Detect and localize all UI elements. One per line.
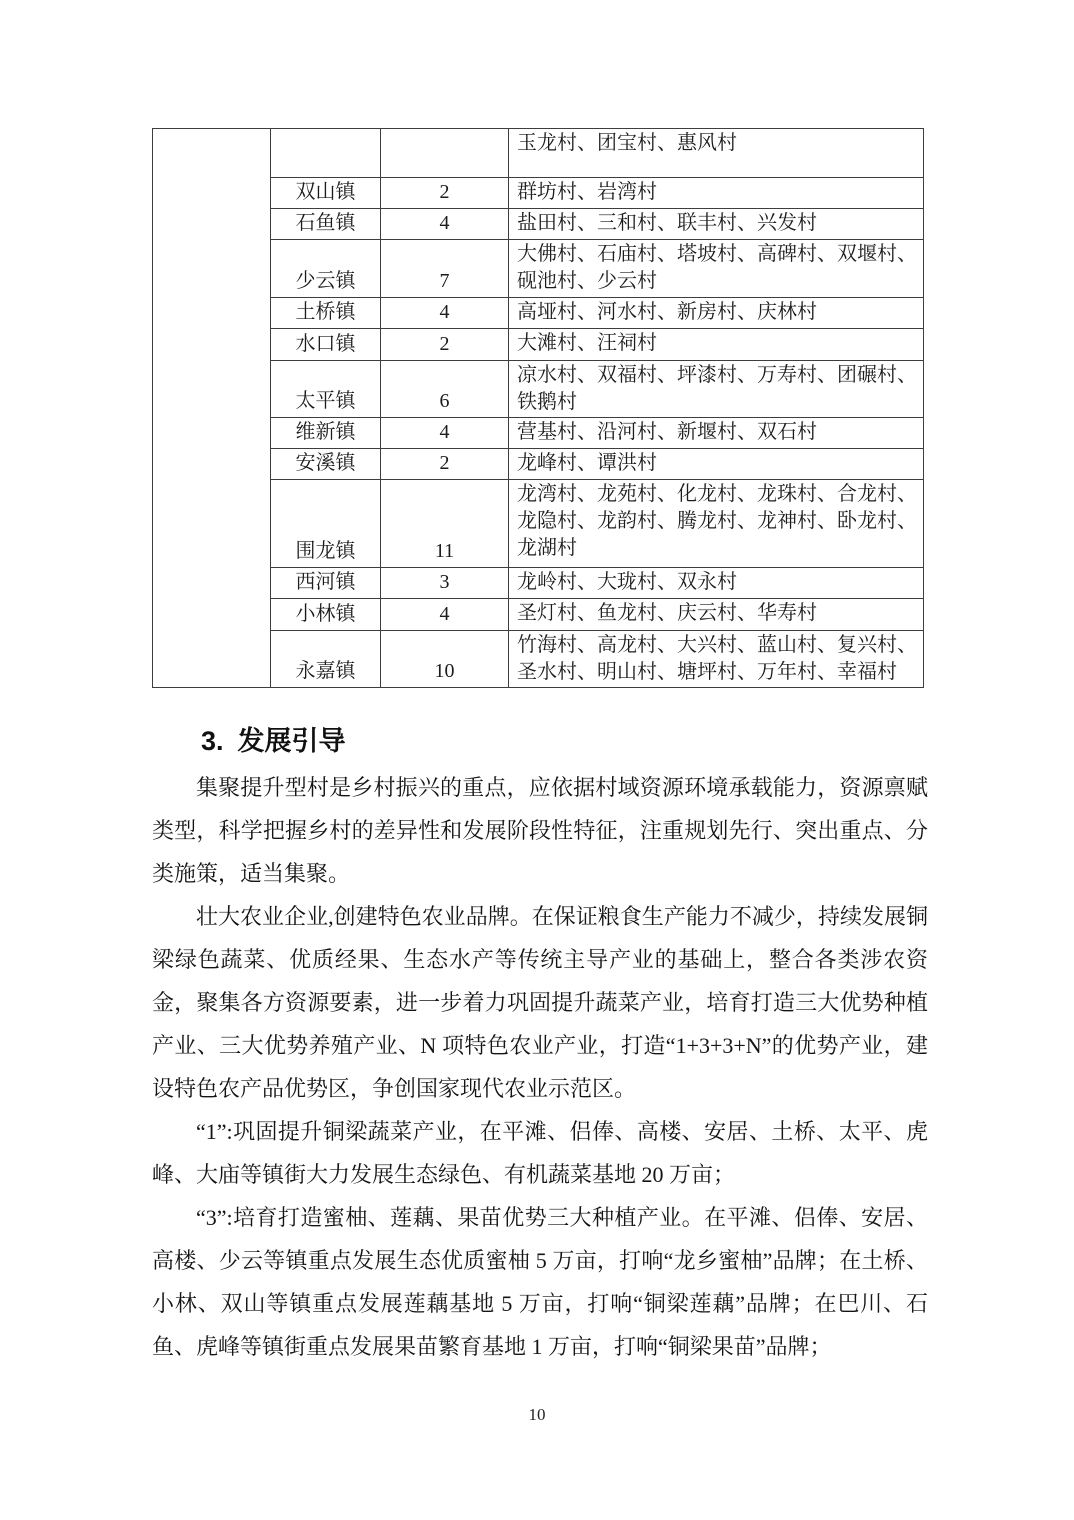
count-cell: 4 bbox=[381, 209, 509, 240]
section-number: 3. bbox=[201, 723, 224, 759]
table-row: 玉龙村、团宝村、惠风村 bbox=[153, 129, 924, 178]
town-cell: 安溪镇 bbox=[271, 449, 381, 480]
town-cell: 西河镇 bbox=[271, 568, 381, 599]
villages-cell: 凉水村、双福村、坪漆村、万寿村、团碾村、铁鹅村 bbox=[509, 361, 924, 418]
villages-cell: 玉龙村、团宝村、惠风村 bbox=[509, 129, 924, 178]
paragraph-item-3: “3”:培育打造蜜柚、莲藕、果苗优势三大种植产业。在平滩、侣俸、安居、高楼、少云… bbox=[152, 1196, 928, 1368]
count-cell: 4 bbox=[381, 599, 509, 631]
count-cell bbox=[381, 129, 509, 178]
count-cell: 11 bbox=[381, 480, 509, 568]
villages-cell: 高垭村、河水村、新房村、庆林村 bbox=[509, 298, 924, 329]
villages-cell: 盐田村、三和村、联丰村、兴发村 bbox=[509, 209, 924, 240]
town-cell: 小林镇 bbox=[271, 599, 381, 631]
villages-cell: 营基村、沿河村、新堰村、双石村 bbox=[509, 418, 924, 449]
villages-cell: 龙湾村、龙苑村、化龙村、龙珠村、合龙村、龙隐村、龙韵村、腾龙村、龙神村、卧龙村、… bbox=[509, 480, 924, 568]
section-title: 发展引导 bbox=[238, 726, 346, 756]
town-cell: 围龙镇 bbox=[271, 480, 381, 568]
section-heading: 3.发展引导 bbox=[152, 723, 928, 759]
villages-cell: 大滩村、汪祠村 bbox=[509, 329, 924, 361]
category-cell bbox=[153, 129, 271, 688]
count-cell: 4 bbox=[381, 298, 509, 329]
count-cell: 7 bbox=[381, 240, 509, 298]
town-cell: 土桥镇 bbox=[271, 298, 381, 329]
page-number: 10 bbox=[0, 1403, 1074, 1427]
villages-cell: 圣灯村、鱼龙村、庆云村、华寿村 bbox=[509, 599, 924, 631]
body-text: 集聚提升型村是乡村振兴的重点，应依据村域资源环境承载能力，资源禀赋类型，科学把握… bbox=[152, 766, 928, 1368]
document-page: 玉龙村、团宝村、惠风村双山镇2群坊村、岩湾村石鱼镇4盐田村、三和村、联丰村、兴发… bbox=[0, 0, 1074, 1520]
town-cell: 少云镇 bbox=[271, 240, 381, 298]
villages-cell: 龙岭村、大珑村、双永村 bbox=[509, 568, 924, 599]
paragraph-item-1: “1”:巩固提升铜梁蔬菜产业，在平滩、侣俸、高楼、安居、土桥、太平、虎峰、大庙等… bbox=[152, 1110, 928, 1196]
town-cell: 双山镇 bbox=[271, 178, 381, 209]
town-cell bbox=[271, 129, 381, 178]
town-cell: 水口镇 bbox=[271, 329, 381, 361]
town-cell: 太平镇 bbox=[271, 361, 381, 418]
villages-table-body: 玉龙村、团宝村、惠风村双山镇2群坊村、岩湾村石鱼镇4盐田村、三和村、联丰村、兴发… bbox=[153, 129, 924, 688]
count-cell: 2 bbox=[381, 178, 509, 209]
paragraph-agriculture: 壮大农业企业,创建特色农业品牌。在保证粮食生产能力不减少，持续发展铜梁绿色蔬菜、… bbox=[152, 895, 928, 1110]
count-cell: 6 bbox=[381, 361, 509, 418]
town-cell: 石鱼镇 bbox=[271, 209, 381, 240]
villages-table: 玉龙村、团宝村、惠风村双山镇2群坊村、岩湾村石鱼镇4盐田村、三和村、联丰村、兴发… bbox=[152, 128, 924, 688]
count-cell: 2 bbox=[381, 449, 509, 480]
count-cell: 4 bbox=[381, 418, 509, 449]
villages-cell: 群坊村、岩湾村 bbox=[509, 178, 924, 209]
count-cell: 2 bbox=[381, 329, 509, 361]
villages-cell: 大佛村、石庙村、塔坡村、高碑村、双堰村、砚池村、少云村 bbox=[509, 240, 924, 298]
villages-cell: 竹海村、高龙村、大兴村、蓝山村、复兴村、圣水村、明山村、塘坪村、万年村、幸福村 bbox=[509, 631, 924, 688]
paragraph-intro: 集聚提升型村是乡村振兴的重点，应依据村域资源环境承载能力，资源禀赋类型，科学把握… bbox=[152, 766, 928, 895]
town-cell: 永嘉镇 bbox=[271, 631, 381, 688]
villages-cell: 龙峰村、谭洪村 bbox=[509, 449, 924, 480]
count-cell: 3 bbox=[381, 568, 509, 599]
count-cell: 10 bbox=[381, 631, 509, 688]
town-cell: 维新镇 bbox=[271, 418, 381, 449]
